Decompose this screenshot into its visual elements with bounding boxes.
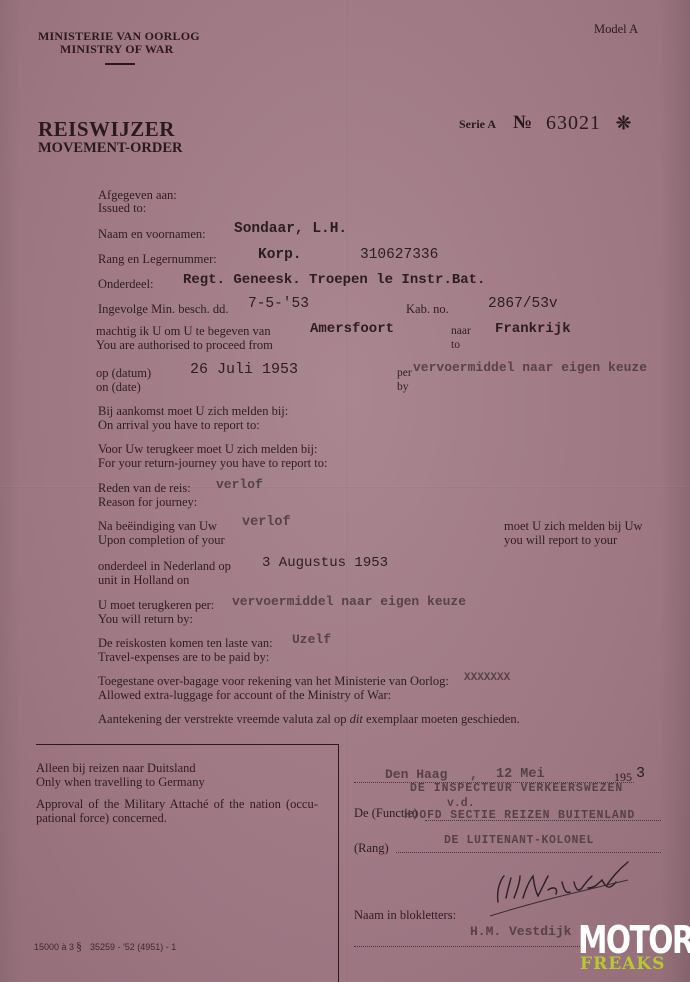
- block-letters-line: [354, 946, 580, 947]
- currency-note: Aantekening der verstrekte vreemde valut…: [98, 711, 520, 727]
- germany-line-en: Only when travelling to Germany: [36, 774, 205, 790]
- document-title-en: MOVEMENT-ORDER: [38, 140, 182, 157]
- unit-label: Onderdeel:: [98, 276, 154, 292]
- model-label: Model A: [594, 22, 638, 37]
- completion-label-en: Upon completion of your: [98, 532, 225, 548]
- rank-value: Korp.: [258, 247, 302, 263]
- place-comma: ,: [470, 767, 478, 782]
- kab-label: Kab. no.: [406, 301, 449, 317]
- name-value: Sondaar, L.H.: [234, 221, 347, 237]
- document-title-nl: REISWIJZER: [38, 117, 175, 142]
- unit-report-date: 3 Augustus 1953: [262, 555, 388, 571]
- date-value: 26 Juli 1953: [190, 361, 298, 378]
- to-label-en: to: [451, 337, 460, 353]
- from-value: Amersfoort: [310, 321, 394, 337]
- approval-text-2: pational force) concerned.: [36, 810, 167, 826]
- signature-icon: [478, 858, 638, 918]
- luggage-label-en: Allowed extra-luggage for account of the…: [98, 687, 391, 703]
- issue-place: Den Haag: [385, 767, 447, 782]
- issued-label-en: Issued to:: [98, 200, 146, 216]
- return-by-value: vervoermiddel naar eigen keuze: [232, 594, 466, 609]
- currency-note-post: exemplaar moeten geschieden.: [363, 712, 520, 726]
- return-label-en: For your return-journey you have to repo…: [98, 455, 327, 471]
- ministry-name-en: MINISTRY OF WAR: [60, 42, 173, 57]
- rank-label: Rang en Legernummer:: [98, 251, 217, 267]
- date-label-en: on (date): [96, 379, 141, 395]
- issue-year-suffix: 3: [636, 765, 645, 782]
- logo-motor-text: MOTOR: [578, 922, 690, 958]
- costs-value: Uzelf: [292, 632, 331, 647]
- header-rule: [105, 63, 135, 65]
- kab-value: 2867/53v: [488, 296, 558, 312]
- currency-note-emphasis: dit: [350, 712, 363, 726]
- costs-label-en: Travel-expenses are to be paid by:: [98, 649, 269, 665]
- fold-line-vertical: [345, 0, 347, 982]
- from-label-en: You are authorised to proceed from: [96, 337, 273, 353]
- block-letters-value: H.M. Vestdijk: [470, 924, 571, 939]
- reason-value: verlof: [216, 477, 263, 492]
- function-line-1: DE INSPECTEUR VERKEERSWEZEN: [410, 782, 623, 795]
- print-reference: 35259 - '52 (4951) - 1: [90, 942, 176, 952]
- completion-value: verlof: [242, 515, 291, 530]
- currency-note-pre: Aantekening der verstrekte vreemde valut…: [98, 712, 350, 726]
- motorfreaks-logo: MOTOR FREAKS: [578, 922, 690, 973]
- by-label-en: by: [397, 379, 409, 395]
- serie-label: Serie A: [459, 117, 496, 132]
- block-letters-label: Naam in blokletters:: [354, 907, 456, 923]
- rank-sign-line: [396, 852, 661, 853]
- report-label-en: you will report to your: [504, 532, 617, 548]
- arrival-label-en: On arrival you have to report to:: [98, 417, 260, 433]
- issue-day-month: 12 Mei: [496, 767, 545, 782]
- reason-label-en: Reason for journey:: [98, 494, 197, 510]
- name-label: Naam en voornamen:: [98, 226, 206, 242]
- number-sign: №: [513, 112, 532, 134]
- by-value: vervoermiddel naar eigen keuze: [413, 360, 647, 375]
- to-value: Frankrijk: [495, 321, 571, 337]
- return-by-label-en: You will return by:: [98, 611, 193, 627]
- decision-date: 7-5-'53: [248, 296, 309, 312]
- unit-en-label: unit in Holland on: [98, 572, 189, 588]
- army-number: 310627336: [360, 247, 438, 263]
- ornament-icon: ❊: [616, 113, 631, 134]
- function-line-3: HOOFD SECTIE REIZEN BUITENLAND: [404, 809, 635, 822]
- print-code: 15000 à 3: [34, 942, 74, 952]
- decision-label: Ingevolge Min. besch. dd.: [98, 301, 229, 317]
- luggage-value: XXXXXXX: [464, 672, 510, 684]
- rank-sign-label: (Rang): [354, 840, 389, 856]
- unit-value: Regt. Geneesk. Troepen le Instr.Bat.: [183, 272, 485, 288]
- printer-mark-icon: §: [76, 939, 82, 954]
- serial-number: 63021: [546, 112, 601, 135]
- rank-sign-value: DE LUITENANT-KOLONEL: [444, 834, 594, 847]
